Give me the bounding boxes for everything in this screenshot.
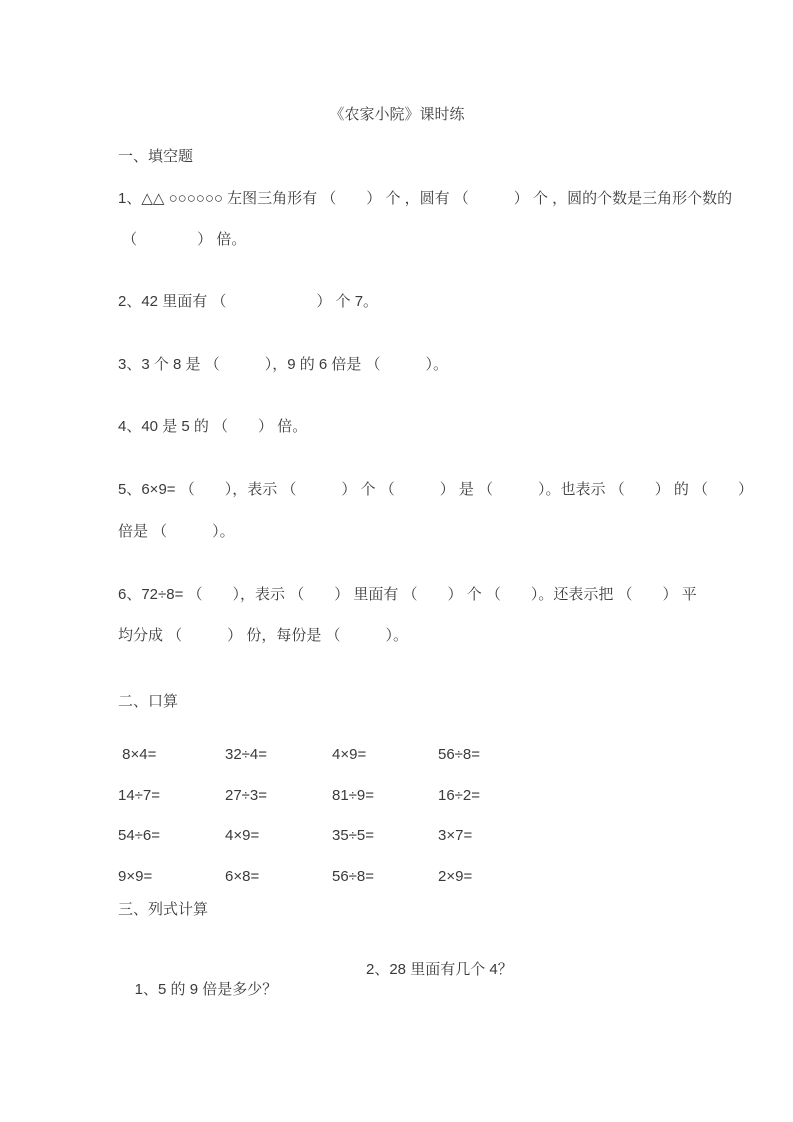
column-calc-row: 1、5 的 9 倍是多少？ 2、28 里面有几个 4？ bbox=[118, 960, 676, 1040]
oral-item: 81÷9= bbox=[332, 786, 438, 827]
oral-item: 4×9= bbox=[332, 745, 438, 786]
worksheet-page: 《农家小院》课时练 一、填空题 1、△△ ○○○○○○ 左图三角形有 （ ） 个… bbox=[0, 0, 793, 1122]
question-1-line-2: （ ） 倍。 bbox=[118, 230, 246, 250]
oral-item: 6×8= bbox=[225, 867, 332, 908]
question-4: 4、40 是 5 的 （ ） 倍。 bbox=[118, 417, 307, 437]
question-6-line-1: 6、72÷8= （ ），表示 （ ） 里面有 （ ） 个 （ ）。还表示把 （ … bbox=[118, 585, 697, 605]
oral-item: 4×9= bbox=[225, 826, 332, 867]
section-heading-oral: 二、口算 bbox=[118, 692, 178, 712]
oral-item: 56÷8= bbox=[332, 867, 438, 908]
column-calc-question-1: 1、5 的 9 倍是多少？ bbox=[135, 981, 278, 998]
question-2: 2、42 里面有 （ ） 个 7。 bbox=[118, 292, 378, 312]
oral-item: 14÷7= bbox=[118, 786, 225, 827]
section-heading-fill-blanks: 一、填空题 bbox=[118, 147, 193, 167]
question-5-line-1: 5、6×9= （ ），表示 （ ） 个 （ ） 是 （ ）。也表示 （ ） 的 … bbox=[118, 480, 753, 500]
oral-item: 32÷4= bbox=[225, 745, 332, 786]
oral-item: 2×9= bbox=[438, 867, 558, 908]
section-heading-column-calc: 三、列式计算 bbox=[118, 900, 208, 920]
page-title: 《农家小院》课时练 bbox=[118, 105, 676, 125]
oral-item: 27÷3= bbox=[225, 786, 332, 827]
oral-item: 35÷5= bbox=[332, 826, 438, 867]
oral-item: 56÷8= bbox=[438, 745, 558, 786]
question-6-line-2: 均分成 （ ） 份，每份是 （ ）。 bbox=[118, 626, 408, 646]
column-calc-question-2: 2、28 里面有几个 4？ bbox=[366, 960, 513, 980]
question-5-line-2: 倍是 （ ）。 bbox=[118, 522, 235, 542]
oral-grid: 8×4= 32÷4= 4×9= 56÷8= 14÷7= 27÷3= 81÷9= … bbox=[118, 745, 558, 908]
question-3: 3、3 个 8 是 （ ），9 的 6 倍是 （ ）。 bbox=[118, 355, 448, 375]
oral-item: 16÷2= bbox=[438, 786, 558, 827]
oral-item: 54÷6= bbox=[118, 826, 225, 867]
oral-item: 8×4= bbox=[118, 745, 225, 786]
oral-item: 3×7= bbox=[438, 826, 558, 867]
question-1-line-1: 1、△△ ○○○○○○ 左图三角形有 （ ） 个 ，圆有 （ ） 个 ，圆的个数… bbox=[118, 189, 732, 209]
